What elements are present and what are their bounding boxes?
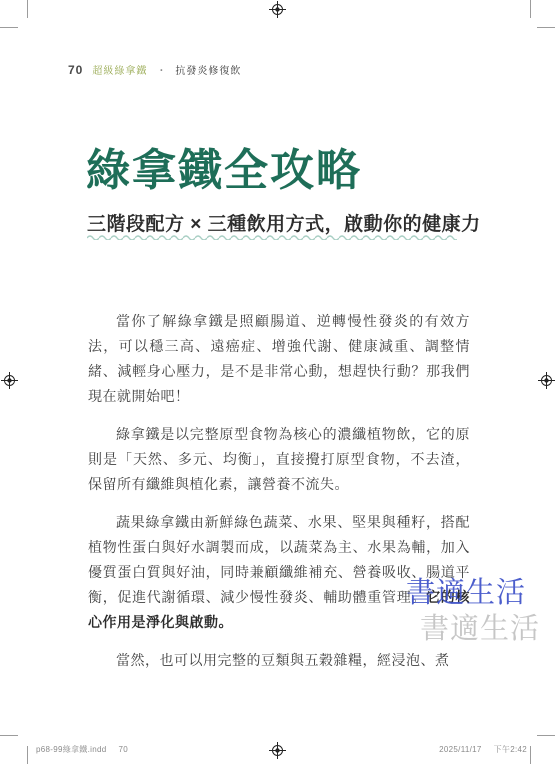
registration-mark-icon [1, 372, 18, 389]
subtitle-wavy-underline [87, 233, 457, 240]
registration-mark-icon [538, 372, 555, 389]
paragraph: 當你了解綠拿鐵是照顧腸道、逆轉慢性發炎的有效方法，可以穩三高、遠癌症、增強代謝、… [88, 309, 470, 409]
crop-mark-top-right-v [530, 0, 531, 18]
body-text: 當你了解綠拿鐵是照顧腸道、逆轉慢性發炎的有效方法，可以穩三高、遠癌症、增強代謝、… [88, 309, 470, 686]
crop-mark-bottom-left-h [0, 735, 18, 736]
slug-datetime-line: 2025/11/17下午2:42 [439, 744, 527, 755]
book-title: 抗發炎修復飲 [175, 62, 241, 77]
slug-page-ref: 70 [118, 745, 128, 754]
paragraph-text: 蔬果綠拿鐵由新鮮綠色蔬菜、水果、堅果與種籽，搭配植物性蛋白與好水調製而成，以蔬菜… [88, 514, 470, 605]
paragraph: 蔬果綠拿鐵由新鮮綠色蔬菜、水果、堅果與種籽，搭配植物性蛋白與好水調製而成，以蔬菜… [88, 510, 470, 635]
slug-filename: p68-99綠拿鐵.indd [36, 745, 106, 754]
paragraph-text: 綠拿鐵是以完整原型食物為核心的濃纖植物飲，它的原則是「天然、多元、均衡」，直接攪… [88, 426, 470, 492]
crop-mark-top-left-h [0, 27, 18, 28]
registration-mark-icon [269, 742, 286, 759]
series-title: 超級綠拿鐵 [92, 62, 147, 77]
print-proof-page: 70 超級綠拿鐵 ・ 抗發炎修復飲 綠拿鐵全攻略 三階段配方 × 三種飲用方式，… [0, 0, 555, 764]
page-number: 70 [68, 63, 83, 77]
crop-mark-bottom-right-h [537, 735, 555, 736]
paragraph: 綠拿鐵是以完整原型食物為核心的濃纖植物飲，它的原則是「天然、多元、均衡」，直接攪… [88, 422, 470, 497]
page-subtitle: 三階段配方 × 三種飲用方式，啟動你的健康力 [87, 209, 481, 236]
registration-mark-icon [269, 1, 286, 18]
crop-mark-bottom-right-v [530, 746, 531, 764]
crop-mark-top-left-v [27, 0, 28, 18]
header-separator: ・ [156, 62, 166, 77]
crop-mark-top-right-h [537, 27, 555, 28]
slug-time: 下午2:42 [494, 745, 527, 754]
slug-filename-line: p68-99綠拿鐵.indd70 [36, 744, 128, 755]
page-title: 綠拿鐵全攻略 [86, 143, 362, 198]
slug-date: 2025/11/17 [439, 745, 481, 754]
paragraph-text: 當然，也可以用完整的豆類與五穀雜糧，經浸泡、煮 [116, 652, 450, 668]
paragraph: 當然，也可以用完整的豆類與五穀雜糧，經浸泡、煮 [88, 648, 470, 673]
running-head: 70 超級綠拿鐵 ・ 抗發炎修復飲 [68, 62, 241, 77]
paragraph-text: 當你了解綠拿鐵是照顧腸道、逆轉慢性發炎的有效方法，可以穩三高、遠癌症、增強代謝、… [88, 313, 470, 404]
crop-mark-bottom-left-v [27, 746, 28, 764]
